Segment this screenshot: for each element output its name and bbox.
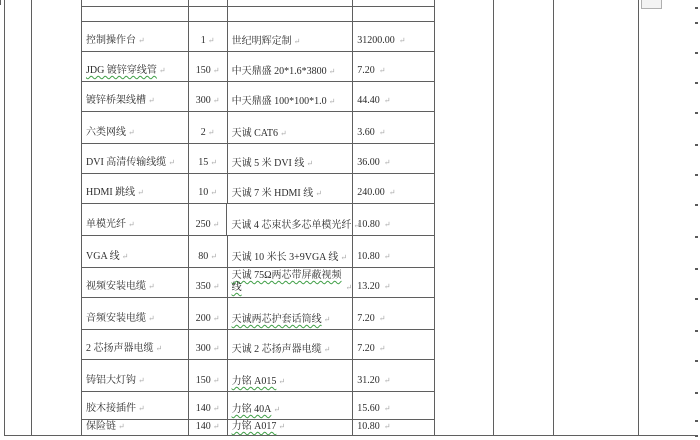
paragraph-mark: ↵ <box>148 95 155 107</box>
table-row: 铸铝大灯钩↵ 150↵ 力铭 A015↵ 31.20↵ <box>82 360 435 392</box>
quantity: 300 <box>196 343 211 355</box>
row-end-marker <box>695 298 698 300</box>
paragraph-mark: ↵ <box>128 219 135 231</box>
paragraph-mark: ↵ <box>329 96 336 108</box>
table-row: 六类网线↵ 2↵ 天诚 CAT6↵ 3.60↵ <box>82 112 435 144</box>
unit-price-cell[interactable]: 10.80↵ <box>353 204 435 235</box>
unit-price-cell[interactable]: 240.00↵ <box>353 174 435 203</box>
item-name: 胶木接插件 <box>86 403 136 415</box>
unit-price: 31.20 <box>357 375 380 387</box>
row-end-marker <box>695 268 698 270</box>
unit-price: 15.60 <box>357 403 380 415</box>
unit-price-cell[interactable]: 10.80↵ <box>353 420 435 435</box>
paragraph-mark: ↵ <box>208 127 215 139</box>
item-name: HDMI 跳线 <box>86 187 135 199</box>
quantity-cell[interactable]: 300↵ <box>189 82 228 111</box>
order-table: 控制操作台↵ 1↵ 世纪明辉定制↵ 31200.00↵ JDG 镀锌穿线管↵ 1… <box>81 0 435 436</box>
paragraph-mark: ↵ <box>384 281 391 293</box>
item-name-cell[interactable]: 控制操作台↵ <box>82 22 189 51</box>
table-row: 视频安装电缆↵ 350↵ 天诚 75Ω两芯带屏蔽视频线↵ 13.20↵ <box>82 268 435 298</box>
paragraph-mark: ↵ <box>213 281 220 293</box>
item-name-cell[interactable] <box>82 7 189 21</box>
paragraph-mark: ↵ <box>384 375 391 387</box>
paragraph-mark: ↵ <box>384 95 391 107</box>
row-end-marker <box>695 52 698 54</box>
spec-cell[interactable] <box>228 0 354 6</box>
paragraph-mark: ↵ <box>340 252 347 264</box>
paragraph-mark: ↵ <box>379 65 386 77</box>
spec: 天诚两芯护套话筒线 <box>232 314 322 326</box>
quantity: 250 <box>196 219 211 231</box>
spec: 天诚 2 芯扬声器电缆 <box>232 344 322 356</box>
item-name: 六类网线 <box>86 127 126 139</box>
spec: 力铭 40A <box>232 404 272 416</box>
paragraph-mark: ↵ <box>137 187 144 199</box>
unit-price: 7.20 <box>357 313 375 325</box>
paragraph-mark: ↵ <box>210 157 217 169</box>
spec-cell[interactable]: 天诚 CAT6↵ <box>228 112 354 143</box>
item-name-cell[interactable]: DVI 高清传输线缆↵ <box>82 144 189 173</box>
spec: 中天鼎盛 100*100*1.0 <box>232 96 327 108</box>
quantity: 200 <box>196 313 211 325</box>
paragraph-mark: ↵ <box>168 157 175 169</box>
item-name-cell[interactable]: 铸铝大灯钩↵ <box>82 360 189 391</box>
paragraph-mark: ↵ <box>379 343 386 355</box>
table-row: JDG 镀锌穿线管↵ 150↵ 中天鼎盛 20*1.6*3800↵ 7.20↵ <box>82 52 435 82</box>
spec-cell[interactable]: 世纪明辉定制↵ <box>228 22 354 51</box>
unit-price-cell[interactable]: 31200.00↵ <box>353 22 435 51</box>
item-name-cell[interactable]: 音频安装电缆↵ <box>82 298 189 329</box>
item-name-cell[interactable]: HDMI 跳线↵ <box>82 174 189 203</box>
unit-price-cell[interactable]: 15.60↵ <box>353 392 435 419</box>
item-name-cell[interactable]: 视频安装电缆↵ <box>82 268 189 297</box>
paragraph-mark: ↵ <box>213 313 220 325</box>
paragraph-mark: ↵ <box>213 219 220 231</box>
row-end-marker <box>695 22 698 24</box>
item-name: 铸铝大灯钩 <box>86 375 136 387</box>
item-name-cell[interactable]: 单模光纤↵ <box>82 204 189 235</box>
paragraph-mark: ↵ <box>278 376 285 388</box>
row-end-marker <box>695 435 698 437</box>
paragraph-mark: ↵ <box>148 313 155 325</box>
spec-cell[interactable]: 天诚 7 米 HDMI 线↵ <box>228 174 354 203</box>
row-end-marker <box>695 360 698 362</box>
unit-price-cell[interactable] <box>353 0 435 6</box>
paragraph-mark: ↵ <box>210 251 217 263</box>
row-end-marker <box>695 7 698 9</box>
table-row: 保险链↵ 140↵ 力铭 A017↵ 10.80↵ <box>82 420 435 436</box>
item-name: 单模光纤 <box>86 219 126 231</box>
spec-cell[interactable]: 天诚 75Ω两芯带屏蔽视频线↵ <box>228 268 354 297</box>
paragraph-mark: ↵ <box>280 128 287 140</box>
unit-price: 36.00 <box>357 157 380 169</box>
paragraph-mark: ↵ <box>324 314 331 326</box>
table-row: 胶木接插件↵ 140↵ 力铭 40A↵ 15.60↵ <box>82 392 435 420</box>
paragraph-mark: ↵ <box>329 66 336 78</box>
spec-cell[interactable]: 力铭 A015↵ <box>228 360 354 391</box>
unit-price: 44.40 <box>357 95 380 107</box>
quantity: 140 <box>196 421 211 433</box>
unit-price: 240.00 <box>357 187 385 199</box>
unit-price-cell[interactable]: 7.20↵ <box>353 52 435 81</box>
item-name: 保险链 <box>86 421 116 433</box>
unit-price: 7.20 <box>357 65 375 77</box>
quantity: 140 <box>196 403 211 415</box>
spec-cell[interactable]: 天诚 4 芯束状多芯单模光纤↵ <box>227 204 353 235</box>
unit-price-cell[interactable] <box>353 7 435 21</box>
unit-price: 13.20 <box>357 281 380 293</box>
paragraph-mark: ↵ <box>384 403 391 415</box>
quantity: 15 <box>198 157 208 169</box>
item-name: 控制操作台 <box>86 35 136 47</box>
item-name: 2 芯扬声器电缆 <box>86 343 154 355</box>
quantity-cell[interactable] <box>189 7 228 21</box>
paragraph-mark: ↵ <box>213 375 220 387</box>
unit-price-cell[interactable]: 13.20↵ <box>353 268 435 297</box>
paragraph-mark: ↵ <box>213 343 220 355</box>
table-row: 镀锌桥架线槽↵ 300↵ 中天鼎盛 100*100*1.0↵ 44.40↵ <box>82 82 435 112</box>
partial-cell-top-right <box>641 0 662 9</box>
paragraph-mark: ↵ <box>213 403 220 415</box>
spec-cell[interactable]: 天诚两芯护套话筒线↵ <box>228 298 354 329</box>
table-row: 控制操作台↵ 1↵ 世纪明辉定制↵ 31200.00↵ <box>82 22 435 52</box>
spec-cell[interactable]: 中天鼎盛 20*1.6*3800↵ <box>228 52 354 81</box>
paragraph-mark: ↵ <box>213 65 220 77</box>
paragraph-mark: ↵ <box>138 403 145 415</box>
unit-price: 7.20 <box>357 343 375 355</box>
table-row: DVI 高清传输线缆↵ 15↵ 天诚 5 米 DVI 线↵ 36.00↵ <box>82 144 435 174</box>
unit-price-cell[interactable]: 44.40↵ <box>353 82 435 111</box>
paragraph-mark: ↵ <box>306 158 313 170</box>
quantity-cell[interactable]: 140↵ <box>189 392 228 419</box>
paragraph-mark: ↵ <box>324 344 331 356</box>
spec: 世纪明辉定制 <box>232 36 292 48</box>
spec: 天诚 10 米长 3+9VGA 线 <box>232 252 339 264</box>
unit-price: 31200.00 <box>357 35 395 47</box>
item-name: JDG 镀锌穿线管 <box>86 65 157 77</box>
paragraph-mark: ↵ <box>138 375 145 387</box>
paragraph-mark: ↵ <box>273 404 280 416</box>
table-row-empty <box>82 7 435 22</box>
paragraph-mark: ↵ <box>210 187 217 199</box>
paragraph-mark: ↵ <box>315 188 322 200</box>
table-row: 单模光纤↵ 250↵ 天诚 4 芯束状多芯单模光纤↵ 10.80↵ <box>82 204 435 236</box>
spec: 天诚 CAT6 <box>232 128 278 140</box>
spec: 中天鼎盛 20*1.6*3800 <box>232 66 327 78</box>
grid-line-left-border <box>4 0 5 436</box>
quantity: 150 <box>196 65 211 77</box>
spec-cell[interactable]: 天诚 10 米长 3+9VGA 线↵ <box>228 236 354 267</box>
quantity-cell[interactable]: 10↵ <box>189 174 228 203</box>
paragraph-mark: ↵ <box>294 36 301 48</box>
unit-price-cell[interactable]: 36.00↵ <box>353 144 435 173</box>
paragraph-mark: ↵ <box>384 251 391 263</box>
quantity-cell[interactable]: 15↵ <box>189 144 228 173</box>
row-end-marker <box>695 174 698 176</box>
table-row: HDMI 跳线↵ 10↵ 天诚 7 米 HDMI 线↵ 240.00↵ <box>82 174 435 204</box>
quantity-cell[interactable]: 80↵ <box>189 236 228 267</box>
unit-price-cell[interactable]: 7.20↵ <box>353 298 435 329</box>
item-name-cell[interactable]: VGA 线↵ <box>82 236 189 267</box>
quantity-cell[interactable] <box>189 0 228 6</box>
spec-cell[interactable]: 力铭 40A↵ <box>228 392 354 419</box>
item-name: 镀锌桥架线槽 <box>86 95 146 107</box>
item-name-cell[interactable]: 镀锌桥架线槽↵ <box>82 82 189 111</box>
spec: 天诚 4 芯束状多芯单模光纤 <box>231 220 351 232</box>
unit-price-cell[interactable]: 10.80↵ <box>353 236 435 267</box>
paragraph-mark: ↵ <box>213 421 220 433</box>
document-page: 控制操作台↵ 1↵ 世纪明辉定制↵ 31200.00↵ JDG 镀锌穿线管↵ 1… <box>0 0 700 440</box>
paragraph-mark: ↵ <box>346 282 353 294</box>
unit-price: 3.60 <box>357 127 375 139</box>
quantity: 1 <box>201 35 206 47</box>
spec: 天诚 75Ω两芯带屏蔽视频线 <box>232 270 344 294</box>
paragraph-mark: ↵ <box>128 127 135 139</box>
grid-line-col-e <box>493 0 494 436</box>
paragraph-mark: ↵ <box>208 35 215 47</box>
unit-price-cell[interactable]: 7.20↵ <box>353 330 435 359</box>
grid-line-col-g <box>638 0 639 436</box>
row-end-marker <box>695 420 698 422</box>
paragraph-mark: ↵ <box>384 219 391 231</box>
spec: 天诚 5 米 DVI 线 <box>232 158 305 170</box>
grid-line-top-left-jog <box>0 0 1 5</box>
grid-line-col-f <box>553 0 554 436</box>
paragraph-mark: ↵ <box>384 421 391 433</box>
paragraph-mark: ↵ <box>278 421 285 433</box>
quantity-cell[interactable]: 1↵ <box>189 22 228 51</box>
quantity-cell[interactable]: 250↵ <box>189 204 228 235</box>
paragraph-mark: ↵ <box>148 281 155 293</box>
paragraph-mark: ↵ <box>122 251 129 263</box>
row-end-marker <box>695 204 698 206</box>
paragraph-mark: ↵ <box>399 35 406 47</box>
unit-price-cell[interactable]: 3.60↵ <box>353 112 435 143</box>
spec-cell[interactable] <box>228 7 354 21</box>
quantity: 350 <box>196 281 211 293</box>
spec-cell[interactable]: 天诚 5 米 DVI 线↵ <box>228 144 354 173</box>
quantity: 2 <box>201 127 206 139</box>
row-end-marker <box>695 144 698 146</box>
item-name-cell[interactable]: 2 芯扬声器电缆↵ <box>82 330 189 359</box>
paragraph-mark: ↵ <box>159 65 166 77</box>
quantity: 300 <box>196 95 211 107</box>
paragraph-mark: ↵ <box>138 35 145 47</box>
spec-cell[interactable]: 天诚 2 芯扬声器电缆↵ <box>228 330 354 359</box>
row-end-marker <box>695 82 698 84</box>
item-name-cell[interactable]: JDG 镀锌穿线管↵ <box>82 52 189 81</box>
spec-cell[interactable]: 力铭 A017↵ <box>228 420 354 435</box>
quantity: 150 <box>196 375 211 387</box>
spec: 力铭 A017 <box>232 421 277 433</box>
item-name: 音频安装电缆 <box>86 313 146 325</box>
paragraph-mark: ↵ <box>213 95 220 107</box>
table-row: 音频安装电缆↵ 200↵ 天诚两芯护套话筒线↵ 7.20↵ <box>82 298 435 330</box>
paragraph-mark: ↵ <box>379 313 386 325</box>
quantity: 10 <box>198 187 208 199</box>
item-name: DVI 高清传输线缆 <box>86 157 166 169</box>
unit-price: 10.80 <box>357 421 380 433</box>
row-end-marker <box>695 112 698 114</box>
item-name-cell[interactable]: 六类网线↵ <box>82 112 189 143</box>
item-name: VGA 线 <box>86 251 120 263</box>
quantity-cell[interactable]: 140↵ <box>189 420 228 435</box>
paragraph-mark: ↵ <box>389 187 396 199</box>
unit-price: 10.80 <box>357 219 380 231</box>
paragraph-mark: ↵ <box>118 421 125 433</box>
spec: 天诚 7 米 HDMI 线 <box>232 188 314 200</box>
quantity-cell[interactable]: 350↵ <box>189 268 228 297</box>
item-name: 视频安装电缆 <box>86 281 146 293</box>
item-name-cell[interactable] <box>82 0 189 6</box>
quantity: 80 <box>198 251 208 263</box>
item-name-cell[interactable]: 胶木接插件↵ <box>82 392 189 419</box>
table-row: VGA 线↵ 80↵ 天诚 10 米长 3+9VGA 线↵ 10.80↵ <box>82 236 435 268</box>
quantity-cell[interactable]: 300↵ <box>189 330 228 359</box>
quantity-cell[interactable]: 150↵ <box>189 52 228 81</box>
item-name-cell[interactable]: 保险链↵ <box>82 420 189 435</box>
quantity-cell[interactable]: 200↵ <box>189 298 228 329</box>
table-row-partial <box>82 0 435 7</box>
spec: 力铭 A015 <box>232 376 277 388</box>
quantity-cell[interactable]: 2↵ <box>189 112 228 143</box>
table-row: 2 芯扬声器电缆↵ 300↵ 天诚 2 芯扬声器电缆↵ 7.20↵ <box>82 330 435 360</box>
paragraph-mark: ↵ <box>156 343 163 355</box>
unit-price: 10.80 <box>357 251 380 263</box>
unit-price-cell[interactable]: 31.20↵ <box>353 360 435 391</box>
row-end-marker <box>695 236 698 238</box>
row-end-marker <box>695 330 698 332</box>
quantity-cell[interactable]: 150↵ <box>189 360 228 391</box>
grid-line-col-a <box>31 0 32 436</box>
paragraph-mark: ↵ <box>384 157 391 169</box>
row-end-marker <box>695 392 698 394</box>
paragraph-mark: ↵ <box>379 127 386 139</box>
spec-cell[interactable]: 中天鼎盛 100*100*1.0↵ <box>228 82 354 111</box>
